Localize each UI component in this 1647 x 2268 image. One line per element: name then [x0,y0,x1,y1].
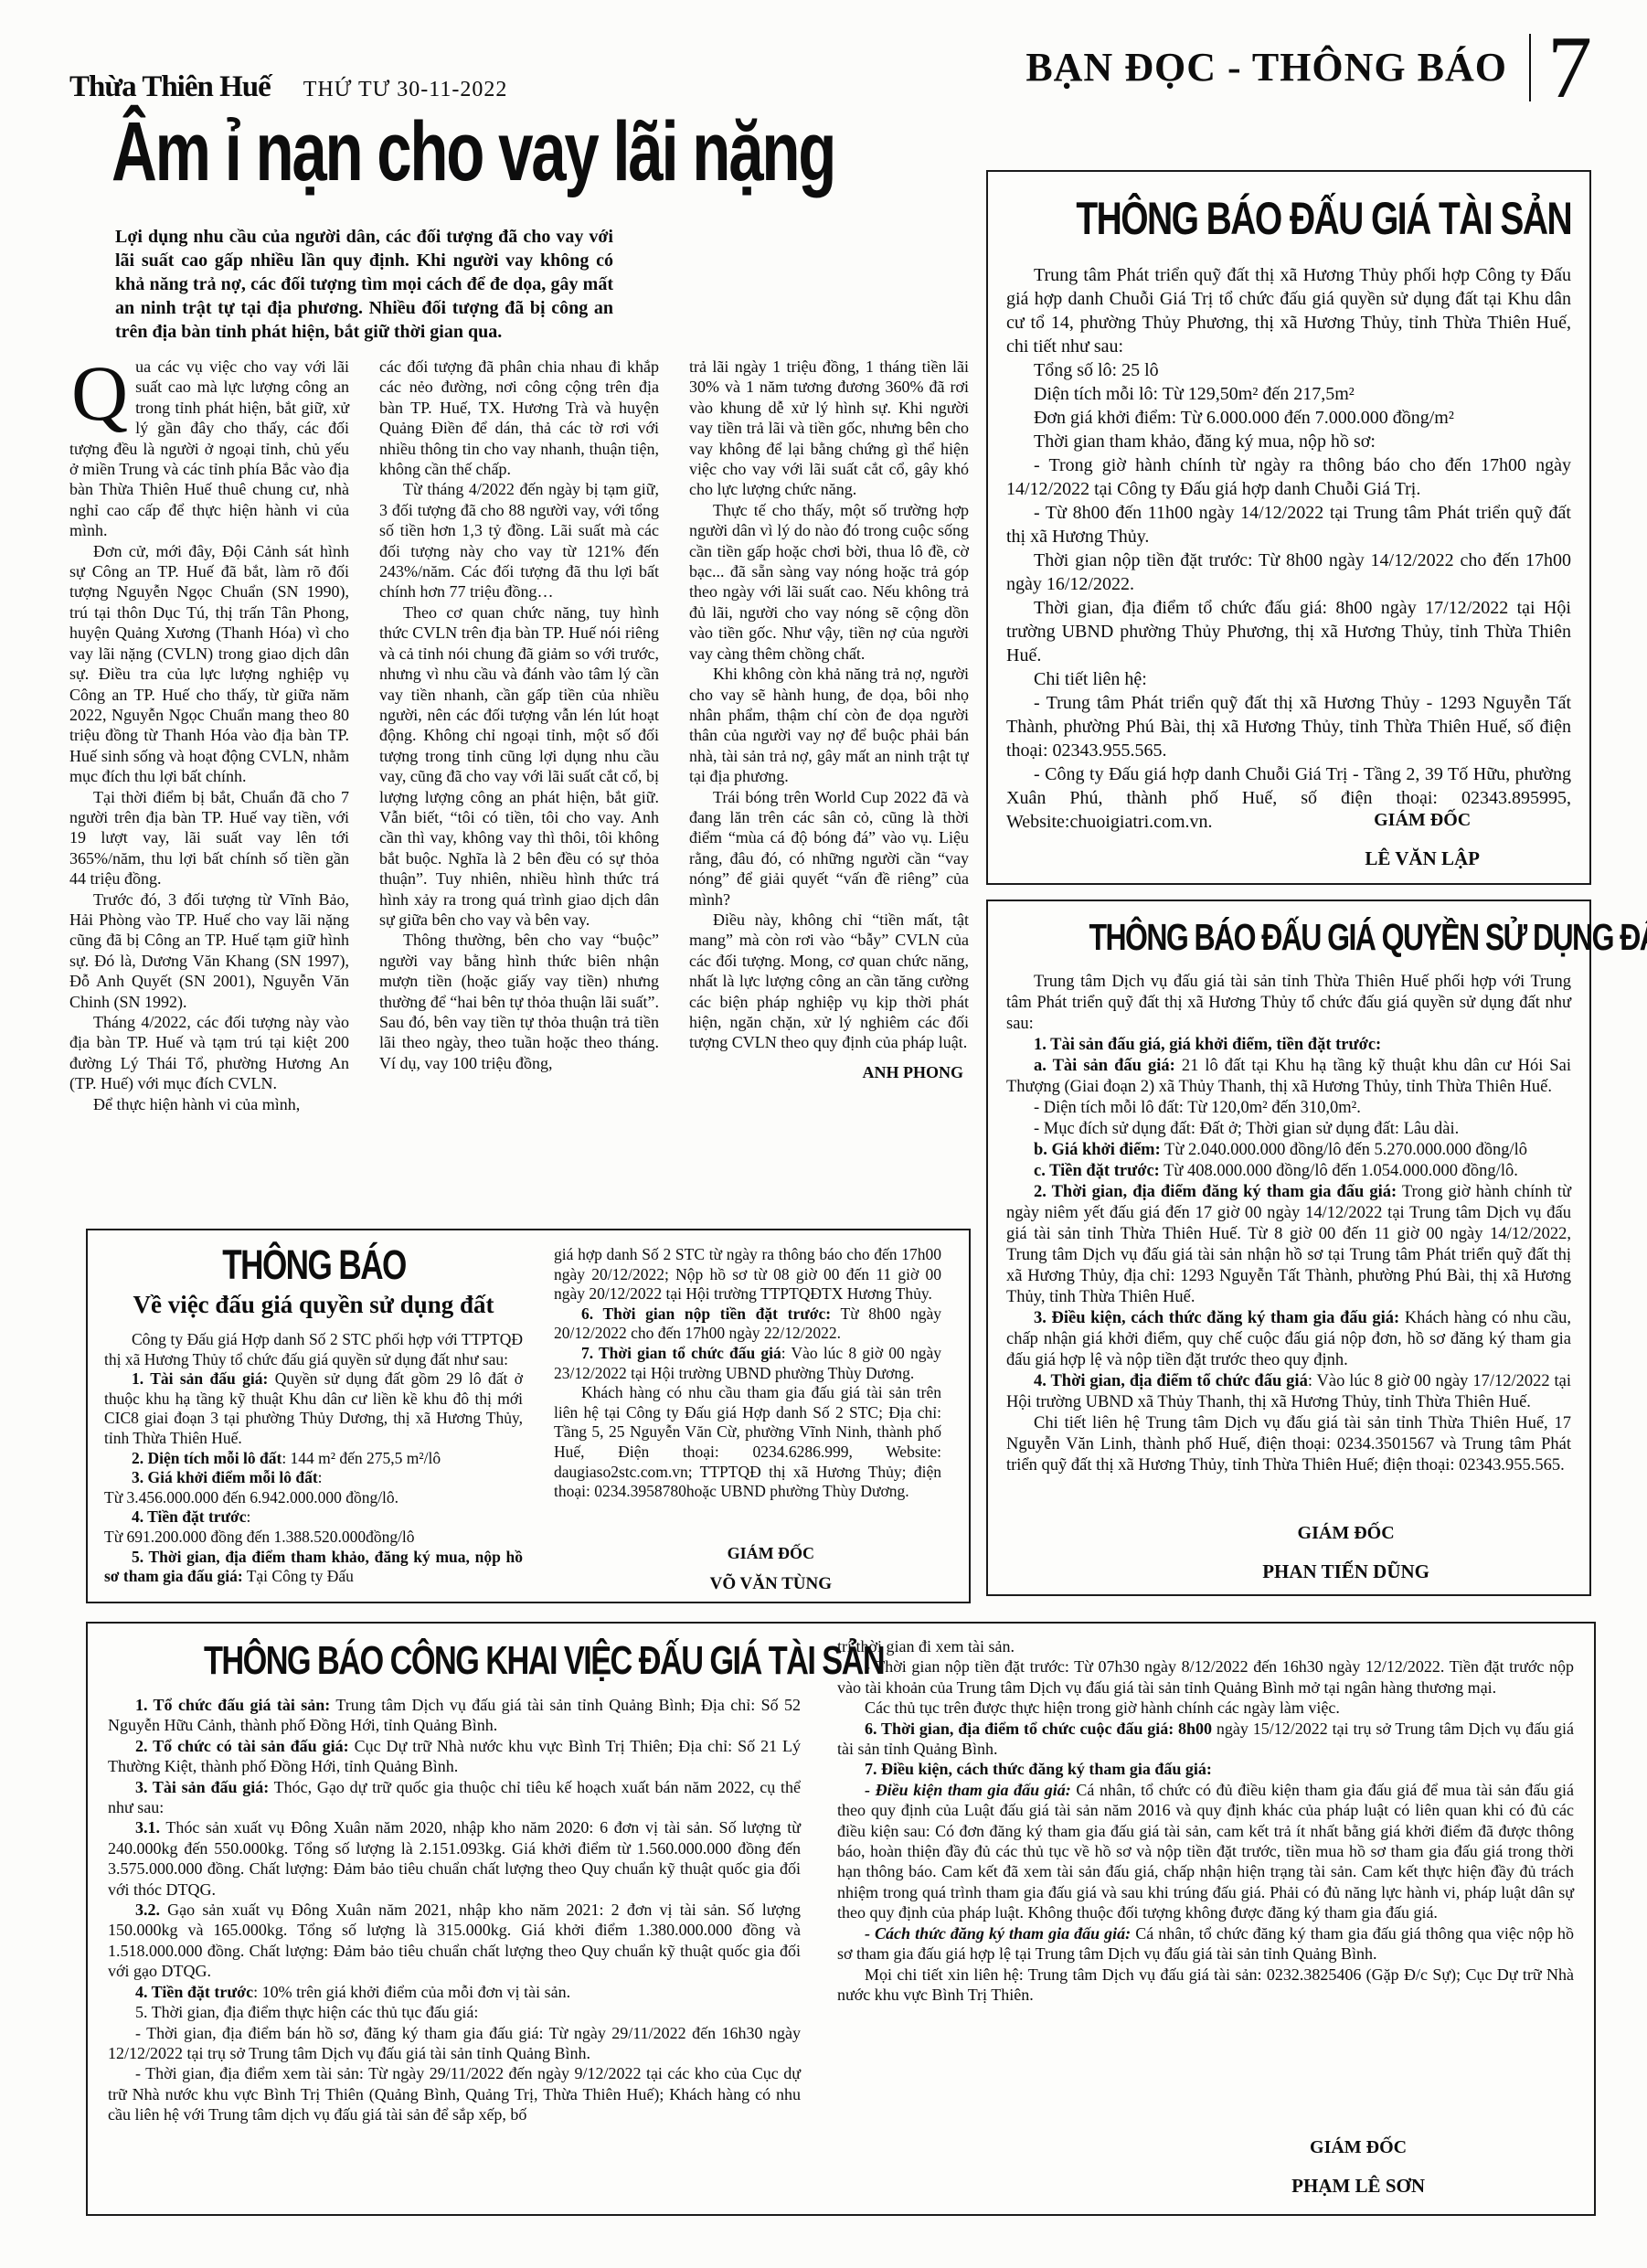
paragraph: 4. Thời gian, địa điểm tổ chức đấu giá: … [1006,1371,1571,1413]
headline-text: Âm ỉ nạn cho vay lãi nặng [112,108,834,197]
section-title: BẠN ĐỌC - THÔNG BÁO [1025,44,1507,91]
paragraph: c. Tiền đặt trước: Từ 408.000.000 đồng/l… [1006,1161,1571,1182]
paragraph: 2. Diện tích mỗi lô đất: 144 m² đến 275,… [104,1449,523,1469]
paragraph: Công ty Đấu giá Hợp danh Số 2 STC phối h… [104,1330,523,1369]
paragraph: giá hợp danh Số 2 STC từ ngày ra thông b… [554,1245,941,1304]
paragraph: Tại thời điểm bị bắt, Chuẩn đã cho 7 ngư… [69,787,349,889]
signature-name: LÊ VĂN LẬP [1365,847,1480,870]
paragraph: 4. Tiền đặt trước: [104,1507,523,1528]
header-divider [1529,34,1531,101]
paragraph: - Trong giờ hành chính từ ngày ra thông … [1006,453,1571,501]
paragraph: 6. Thời gian, địa điểm tổ chức cuộc đấu … [837,1719,1574,1760]
section-group: BẠN ĐỌC - THÔNG BÁO 7 [1025,31,1592,104]
paragraph: Khi không còn khả năng trả nợ, người cho… [689,664,969,786]
signature-role: GIÁM ĐỐC [1262,1523,1429,1544]
paragraph: 2. Thời gian, địa điểm đăng ký tham gia … [1006,1182,1571,1308]
signature-block: GIÁM ĐỐC VÕ VĂN TÙNG [710,1544,832,1594]
notice-body: Trung tâm Phát triển quỹ đất thị xã Hươn… [1006,263,1571,834]
paragraph: 3. Điều kiện, cách thức đăng ký tham gia… [1006,1308,1571,1371]
paragraph: - Thời gian, địa điểm xem tài sản: Từ ng… [108,2063,801,2124]
paragraph: Thời gian tham khảo, đăng ký mua, nộp hồ… [1006,430,1571,453]
paragraph: - Mục đích sử dụng đất: Đất ở; Thời gian… [1006,1119,1571,1140]
paragraph: - Thời gian, địa điểm bán hồ sơ, đăng ký… [108,2023,801,2064]
notice-right-column: trí thời gian đi xem tài sản. - Thời gia… [837,1636,1574,2125]
paragraph: Tháng 4/2022, các đối tượng này vào địa … [69,1012,349,1094]
paragraph: Trung tâm Dịch vụ đấu giá tài sản tỉnh T… [1006,972,1571,1035]
paragraph: Thời gian, địa điểm tổ chức đấu giá: 8h0… [1006,596,1571,667]
paragraph: 5. Thời gian, địa điểm tham khảo, đăng k… [104,1548,523,1587]
notice-body: Trung tâm Dịch vụ đấu giá tài sản tỉnh T… [1006,972,1571,1476]
paragraph: - Từ 8h00 đến 11h00 ngày 14/12/2022 tại … [1006,501,1571,548]
paragraph: Diện tích mỗi lô: Từ 129,50m² đến 217,5m… [1006,382,1571,406]
paragraph: Khách hàng có nhu cầu tham gia đấu giá t… [554,1383,941,1502]
paragraph: Tổng số lô: 25 lô [1006,358,1571,382]
article-headline: Âm ỉ nạn cho vay lãi nặng [112,108,969,210]
signature-name: PHAN TIẾN DŨNG [1262,1560,1429,1583]
paragraph: Thời gian nộp tiền đặt trước: Từ 8h00 ng… [1006,548,1571,596]
signature-name: PHẠM LÊ SƠN [1291,2175,1425,2198]
notice-title: THÔNG BÁO ĐẤU GIÁ QUYỀN SỬ DỤNG ĐẤT [1006,916,1571,959]
paragraph: Từ 3.456.000.000 đến 6.942.000.000 đồng/… [104,1488,523,1508]
paragraph: trí thời gian đi xem tài sản. [837,1636,1574,1656]
paragraph: Chi tiết liên hệ: [1006,667,1571,691]
paragraph: - Công ty Đấu giá hợp danh Chuỗi Giá Trị… [1006,762,1571,834]
paragraph: Từ 691.200.000 đồng đến 1.388.520.000đồn… [104,1528,523,1548]
paragraph: 7. Điều kiện, cách thức đăng ký tham gia… [837,1759,1574,1779]
page-header: Thừa Thiên Huế THỨ TƯ 30-11-2022 BẠN ĐỌC… [69,31,1592,104]
paragraph: 1. Tài sản đấu giá: Quyền sử dụng đất gồ… [104,1369,523,1448]
notice-title: THÔNG BÁO [104,1241,523,1289]
paragraph: 3. Tài sản đấu giá: Thóc, Gạo dự trữ quố… [108,1777,801,1818]
paragraph: Trước đó, 3 đối tượng từ Vĩnh Bảo, Hải P… [69,889,349,1012]
paragraph: 7. Thời gian tổ chức đấu giá: Vào lúc 8 … [554,1344,941,1383]
notice-left-column: THÔNG BÁO Về việc đấu giá quyền sử dụng … [104,1241,523,1587]
newspaper-page: Thừa Thiên Huế THỨ TƯ 30-11-2022 BẠN ĐỌC… [0,0,1647,2268]
paragraph: Chi tiết liên hệ Trung tâm Dịch vụ đấu g… [1006,1413,1571,1476]
paragraph: 2. Tổ chức có tài sản đấu giá: Cục Dự tr… [108,1736,801,1777]
paragraph: Mọi chi tiết xin liên hệ: Trung tâm Dịch… [837,1965,1574,2006]
paragraph: b. Giá khởi điểm: Từ 2.040.000.000 đồng/… [1006,1140,1571,1161]
paragraph: - Thời gian nộp tiền đặt trước: Từ 07h30… [837,1656,1574,1698]
notice-auction-assets: THÔNG BÁO ĐẤU GIÁ TÀI SẢN Trung tâm Phát… [986,170,1591,885]
paragraph: Thông thường, bên cho vay “buộc” người v… [379,930,659,1073]
signature-role: GIÁM ĐỐC [1291,2137,1425,2158]
signature-block: GIÁM ĐỐC LÊ VĂN LẬP [1365,810,1480,870]
main-article: Âm ỉ nạn cho vay lãi nặng Lợi dụng nhu c… [69,108,969,1184]
paragraph: 1. Tài sản đấu giá, giá khởi điểm, tiền … [1006,1035,1571,1056]
paragraph: Đơn cử, mới đây, Đội Cảnh sát hình sự Cô… [69,541,349,787]
paragraph: Đơn giá khởi điểm: Từ 6.000.000 đến 7.00… [1006,406,1571,430]
paragraph: Theo cơ quan chức năng, tuy hình thức CV… [379,602,659,931]
paragraph: 3. Giá khởi điểm mỗi lô đất: [104,1468,523,1488]
signature-block: GIÁM ĐỐC PHAN TIẾN DŨNG [1262,1523,1429,1583]
paragraph: 3.1. Thóc sản xuất vụ Đông Xuân năm 2020… [108,1817,801,1900]
paragraph: 5. Thời gian, địa điểm thực hiện các thủ… [108,2002,801,2022]
article-body: Qua các vụ việc cho vay với lãi suất cao… [69,357,969,1184]
article-column-1: Qua các vụ việc cho vay với lãi suất cao… [69,357,349,1184]
notice-public-auction-rice: THÔNG BÁO CÔNG KHAI VIỆC ĐẤU GIÁ TÀI SẢN… [86,1622,1596,2216]
signature-name: VÕ VĂN TÙNG [710,1574,832,1594]
paragraph: Để thực hiện hành vi của mình, [69,1094,349,1114]
issue-date: THỨ TƯ 30-11-2022 [303,78,508,102]
paragraph: 4. Tiền đặt trước: 10% trên giá khởi điể… [108,1982,801,2002]
signature-role: GIÁM ĐỐC [710,1544,832,1563]
paragraph: Từ tháng 4/2022 đến ngày bị tạm giữ, 3 đ… [379,479,659,602]
paragraph: 1. Tổ chức đấu giá tài sản: Trung tâm Dị… [108,1695,801,1736]
paragraph: các đối tượng đã phân chia nhau đi khắp … [379,357,659,479]
article-column-2: các đối tượng đã phân chia nhau đi khắp … [379,357,659,1184]
paragraph: - Điều kiện tham gia đấu giá: Cá nhân, t… [837,1780,1574,1923]
page-number: 7 [1547,31,1592,104]
article-column-3: trả lãi ngày 1 triệu đồng, 1 tháng tiền … [689,357,969,1184]
notice-subtitle: Về việc đấu giá quyền sử dụng đất [104,1291,523,1319]
article-lede: Lợi dụng nhu cầu của người dân, các đối … [115,225,613,344]
paragraph: Điều này, không chỉ “tiền mất, tật mang”… [689,910,969,1053]
byline: ANH PHONG [689,1062,969,1082]
masthead-logo: Thừa Thiên Huế [69,70,271,104]
notice-title: THÔNG BÁO ĐẤU GIÁ TÀI SẢN [1006,192,1571,245]
paragraph: - Trung tâm Phát triển quỹ đất thị xã Hư… [1006,691,1571,762]
paragraph: - Diện tích mỗi lô đất: Từ 120,0m² đến 3… [1006,1098,1571,1119]
paragraph: 3.2. Gạo sản xuất vụ Đông Xuân năm 2021,… [108,1900,801,1982]
masthead-group: Thừa Thiên Huế THỨ TƯ 30-11-2022 [69,70,507,104]
paragraph: trả lãi ngày 1 triệu đồng, 1 tháng tiền … [689,357,969,500]
notice-land-auction-stc: THÔNG BÁO Về việc đấu giá quyền sử dụng … [86,1229,971,1603]
notice-title: THÔNG BÁO CÔNG KHAI VIỆC ĐẤU GIÁ TÀI SẢN [108,1638,801,1684]
paragraph: Thực tế cho thấy, một số trường hợp ngườ… [689,500,969,664]
paragraph: Các thủ tục trên được thực hiện trong gi… [837,1698,1574,1718]
notice-left-column: THÔNG BÁO CÔNG KHAI VIỆC ĐẤU GIÁ TÀI SẢN… [108,1636,801,2125]
paragraph: Trung tâm Phát triển quỹ đất thị xã Hươn… [1006,263,1571,358]
paragraph: Qua các vụ việc cho vay với lãi suất cao… [69,357,349,541]
signature-role: GIÁM ĐỐC [1365,810,1480,831]
drop-cap: Q [69,357,135,425]
notice-land-use-auction: THÔNG BÁO ĐẤU GIÁ QUYỀN SỬ DỤNG ĐẤT Trun… [986,900,1591,1596]
paragraph: 6. Thời gian nộp tiền đặt trước: Từ 8h00… [554,1304,941,1344]
paragraph: Trái bóng trên World Cup 2022 đã và đang… [689,787,969,910]
paragraph: a. Tài sản đấu giá: 21 lô đất tại Khu hạ… [1006,1056,1571,1098]
signature-block: GIÁM ĐỐC PHẠM LÊ SƠN [1291,2137,1425,2198]
paragraph: - Cách thức đăng ký tham gia đấu giá: Cá… [837,1923,1574,1965]
notice-right-column: giá hợp danh Số 2 STC từ ngày ra thông b… [554,1241,941,1587]
